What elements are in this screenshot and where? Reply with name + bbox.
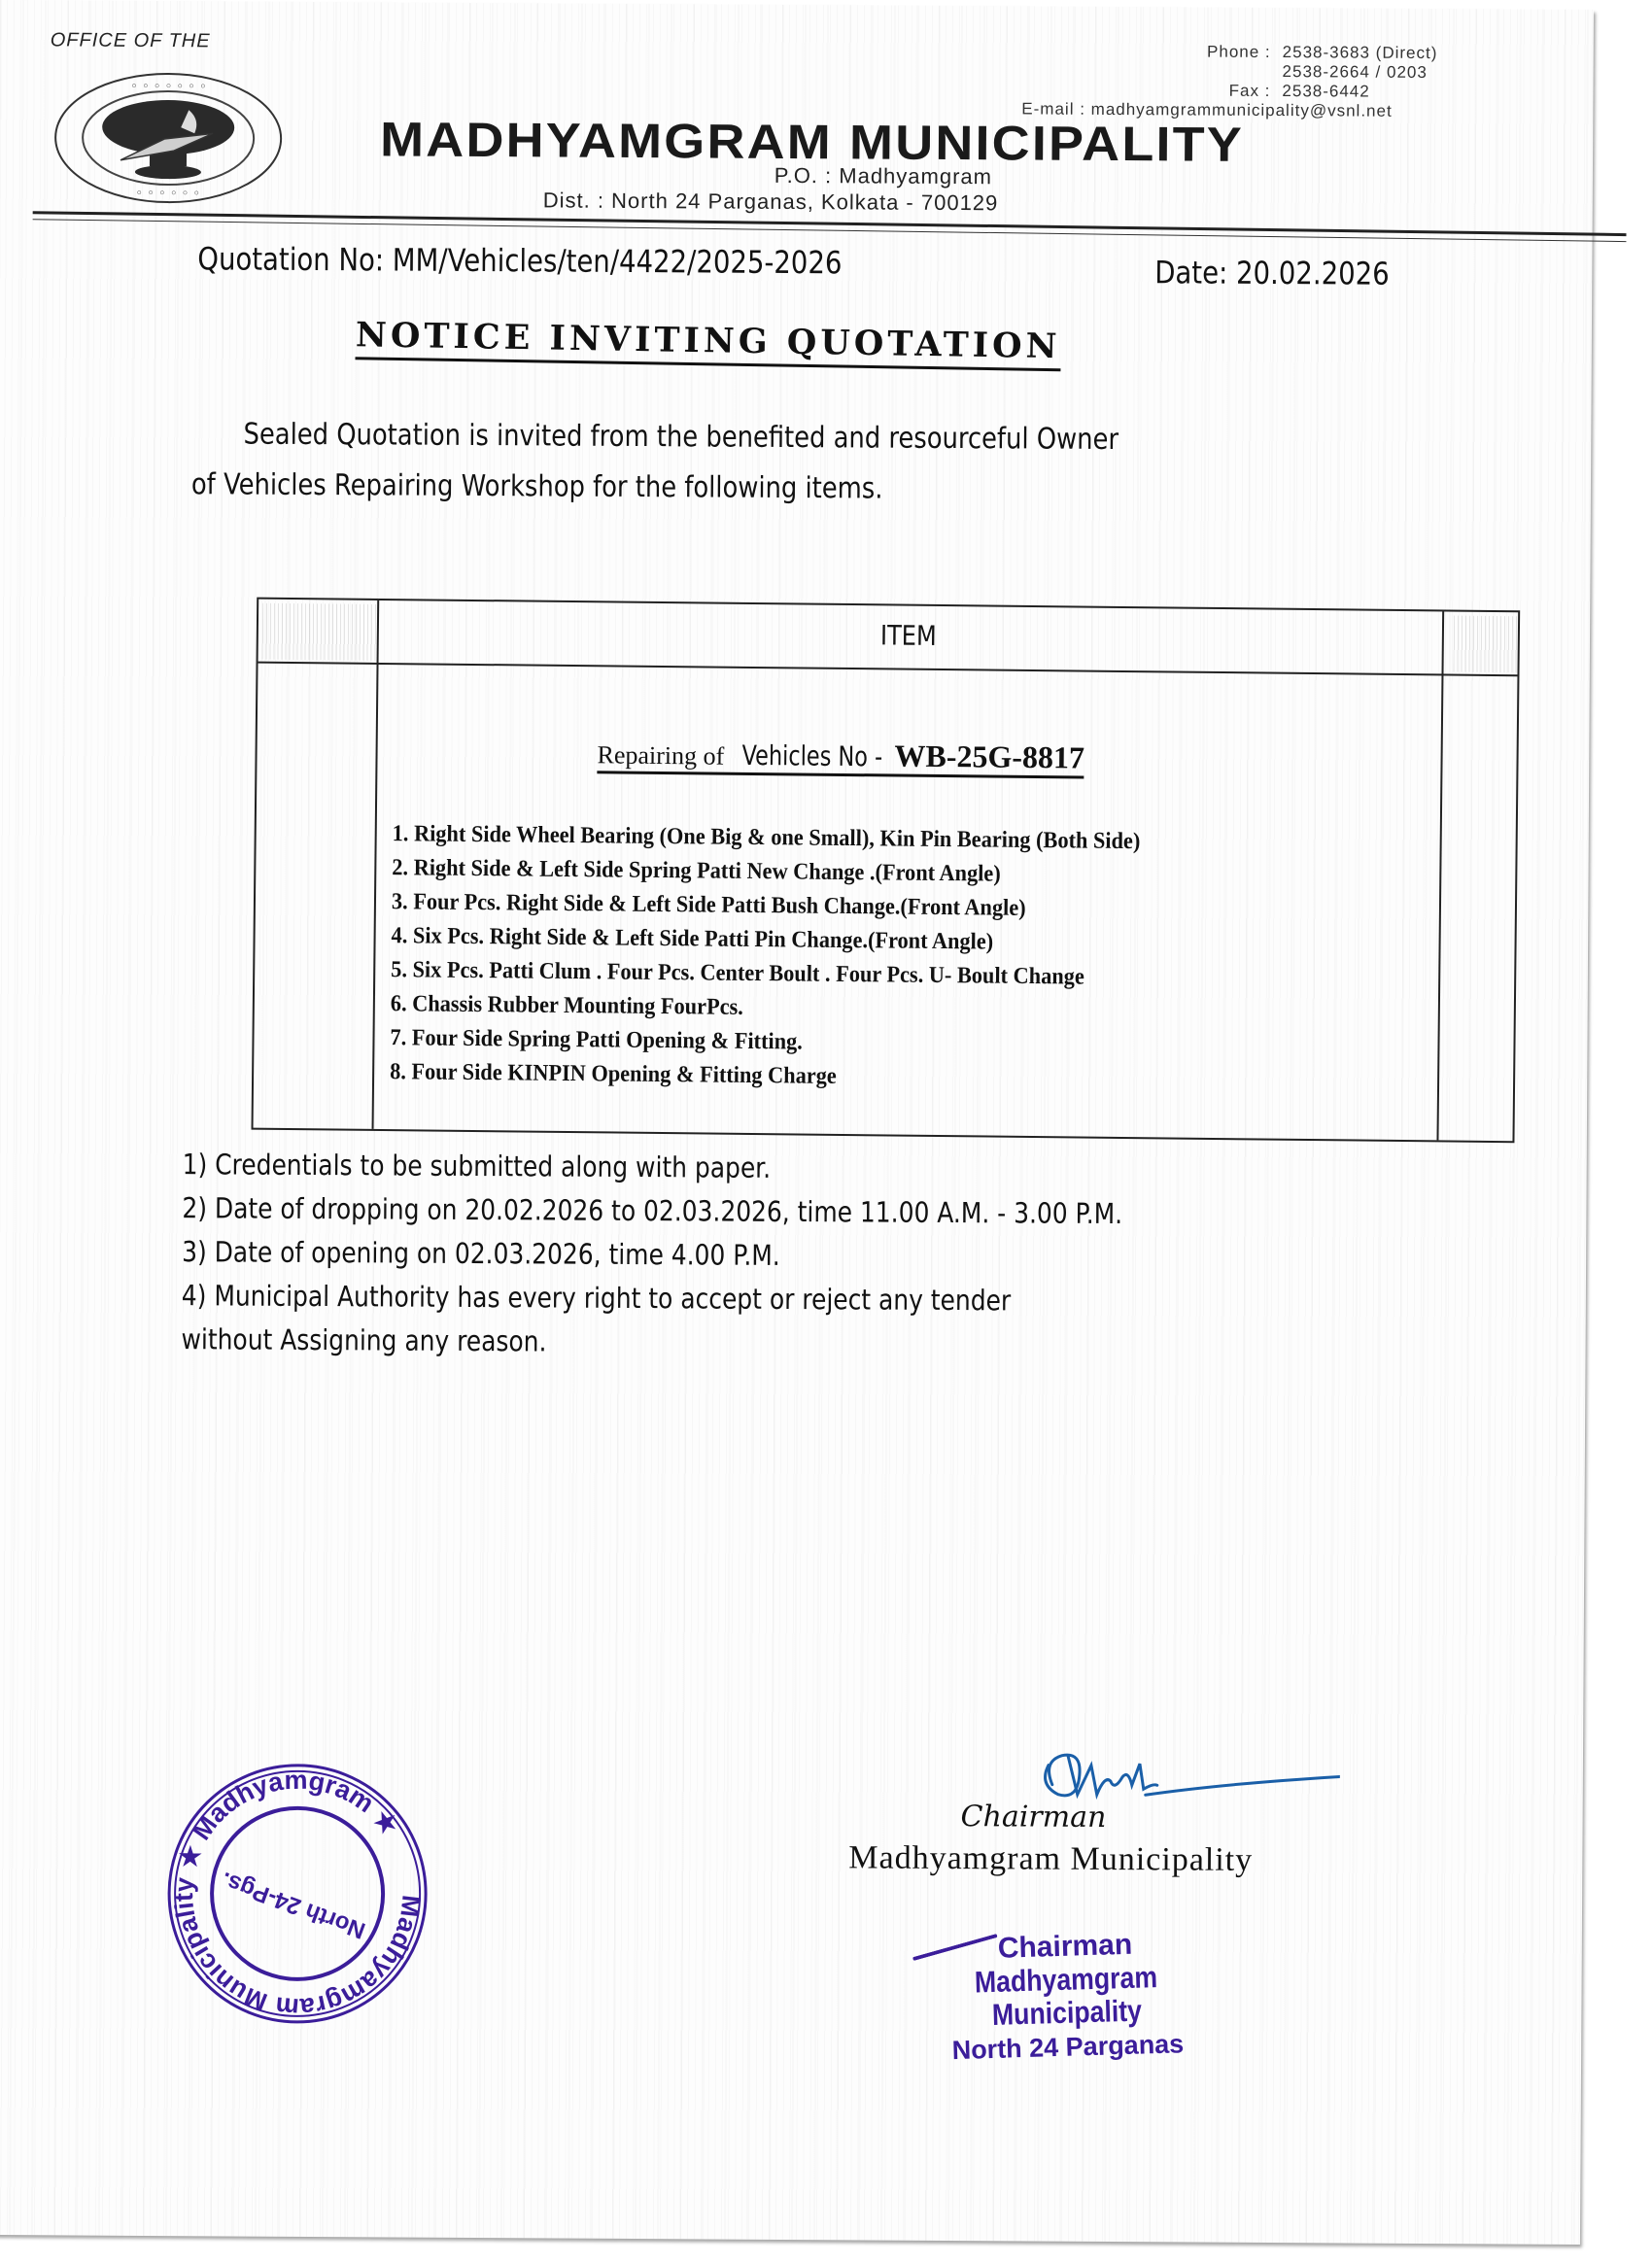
svg-text:◦ ◦ ◦ ◦ ◦ ◦ ◦: ◦ ◦ ◦ ◦ ◦ ◦ ◦	[130, 80, 207, 94]
table-header-item: ITEM	[453, 615, 1364, 657]
fax-label: Fax :	[1155, 81, 1282, 101]
signatory-organization: Madhyamgram Municipality	[848, 1839, 1253, 1879]
svg-text:◦ ◦ ◦ ◦ ◦ ◦: ◦ ◦ ◦ ◦ ◦ ◦	[135, 187, 200, 201]
condition-item: 4) Municipal Authority has every right t…	[182, 1274, 1268, 1324]
fax-number: 2538-6442	[1282, 82, 1369, 102]
contact-block: Phone :2538-3683 (Direct) 2538-2664 / 02…	[1155, 42, 1437, 102]
municipality-emblem-icon: ◦ ◦ ◦ ◦ ◦ ◦ ◦ ◦ ◦ ◦ ◦ ◦ ◦	[52, 70, 285, 205]
list-item: 8. Four Side KINPIN Opening & Fitting Ch…	[390, 1055, 1138, 1097]
conditions-list: 1) Credentials to be submitted along wit…	[181, 1143, 1268, 1368]
signatory-title: Chairman	[960, 1800, 1106, 1835]
notice-title: NOTICE INVITING QUOTATION	[356, 315, 1061, 371]
condition-item: 1) Credentials to be submitted along wit…	[183, 1143, 1269, 1193]
designation-stamp: Chairman Madhyamgram Municipality North …	[880, 1925, 1254, 2069]
document-page: OFFICE OF THE ◦ ◦ ◦ ◦ ◦ ◦ ◦ ◦ ◦ ◦ ◦ ◦ ◦ …	[0, 0, 1594, 2245]
items-table: ITEM Repairing ofVehicles No - WB-25G-88…	[252, 598, 1521, 1144]
repair-items-list: 1. Right Side Wheel Bearing (One Big & o…	[390, 817, 1141, 1097]
municipal-seal-icon: Madhyamgram Municipality ★ Madhyamgram ★…	[165, 1762, 430, 2026]
quotation-date: Date: 20.02.2026	[1154, 254, 1390, 292]
office-of-label: OFFICE OF THE	[51, 29, 211, 52]
condition-item: without Assigning any reason.	[181, 1318, 1267, 1368]
condition-item: 2) Date of dropping on 20.02.2026 to 02.…	[182, 1186, 1268, 1237]
district-line: Dist. : North 24 Parganas, Kolkata - 700…	[543, 188, 999, 216]
vehicle-title: Repairing ofVehicles No - WB-25G-8817	[597, 735, 1084, 778]
quotation-number: Quotation No: MM/Vehicles/ten/4422/2025-…	[197, 240, 842, 281]
vehicle-number: WB-25G-8817	[894, 738, 1084, 775]
phone-number: 2538-3683 (Direct)	[1283, 43, 1438, 63]
intro-paragraph: Sealed Quotation is invited from the ben…	[191, 409, 1237, 517]
phone-label: Phone :	[1156, 42, 1283, 62]
condition-item: 3) Date of opening on 02.03.2026, time 4…	[182, 1230, 1268, 1281]
seal-inner-text: North 24-Pgs.	[218, 1867, 369, 1944]
phone-number-2: 2538-2664 / 0203	[1283, 62, 1428, 83]
